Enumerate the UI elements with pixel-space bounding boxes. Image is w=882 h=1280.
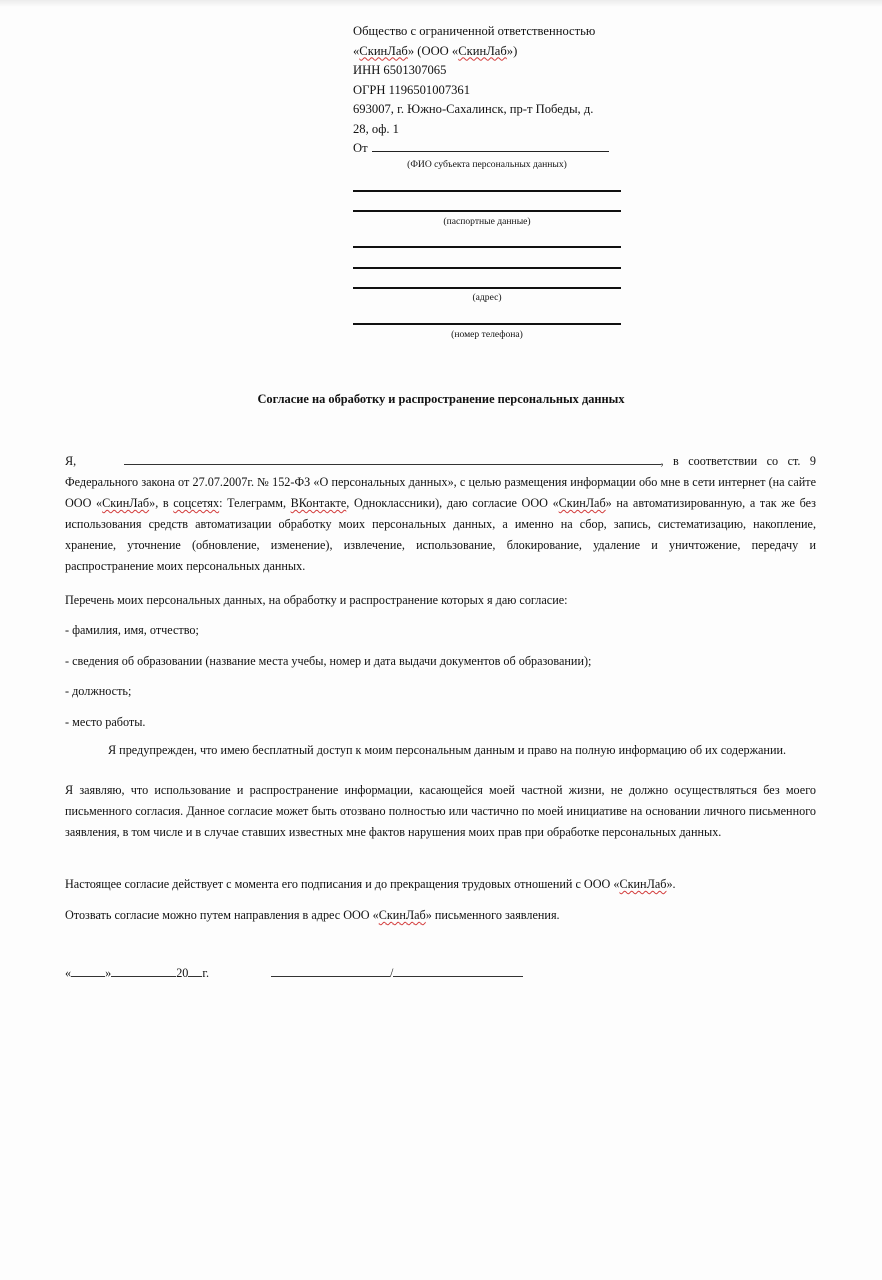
from-row: От (353, 139, 623, 159)
address-line-2[interactable] (353, 267, 621, 269)
header-line-company: «СкинЛаб» (ООО «СкинЛаб») (353, 42, 623, 62)
caption-fio: (ФИО субъекта персональных данных) (353, 159, 621, 170)
company-name: СкинЛаб (458, 44, 507, 58)
revoke-paragraph: Отозвать согласие можно путем направлени… (65, 905, 816, 925)
consent-text-3: : Телеграмм, (219, 496, 291, 510)
addressee-block: Общество с ограниченной ответственностью… (353, 22, 623, 159)
declaration-paragraph: Я заявляю, что использование и распростр… (65, 780, 816, 843)
signature-name-blank[interactable] (393, 966, 523, 977)
header-line-ogrn: ОГРН 1196501007361 (353, 81, 623, 101)
header-line-org: Общество с ограниченной ответственностью (353, 22, 623, 42)
company-name: СкинЛаб (379, 908, 426, 922)
header-line-address: 693007, г. Южно-Сахалинск, пр-т Победы, … (353, 100, 623, 120)
fio-blank-line[interactable] (372, 140, 609, 152)
signature-row: « » 20 г. / (65, 966, 523, 981)
revoke-text: Отозвать согласие можно путем направлени… (65, 908, 379, 922)
vk-word: ВКонтакте (291, 496, 347, 510)
year-suffix: г. (202, 966, 209, 981)
month-blank[interactable] (111, 966, 176, 977)
year-prefix: 20 (176, 966, 188, 981)
address-line-3[interactable] (353, 287, 621, 289)
company-name: СкинЛаб (619, 877, 666, 891)
socials-word: соцсетях (173, 496, 219, 510)
address-line-1[interactable] (353, 246, 621, 248)
consent-text-4: , Одноклассники), даю согласие ООО « (346, 496, 558, 510)
list-item: - сведения об образовании (название мест… (65, 651, 816, 671)
document-title: Согласие на обработку и распространение … (0, 392, 882, 407)
consent-text-2: », в (149, 496, 173, 510)
validity-end: ». (666, 877, 675, 891)
list-heading: Перечень моих персональных данных, на об… (65, 590, 816, 610)
list-item: - должность; (65, 681, 816, 701)
day-blank[interactable] (71, 966, 105, 977)
company-name: СкинЛаб (559, 496, 606, 510)
company-close: ») (507, 44, 518, 58)
intro-i: Я, (65, 454, 76, 468)
caption-address: (адрес) (353, 292, 621, 303)
list-item: - фамилия, имя, отчество; (65, 620, 816, 640)
passport-line-1[interactable] (353, 190, 621, 192)
revoke-end: » письменного заявления. (426, 908, 560, 922)
header-line-inn: ИНН 6501307065 (353, 61, 623, 81)
from-label: От (353, 139, 368, 159)
header-line-office: 28, оф. 1 (353, 120, 623, 140)
access-paragraph: Я предупрежден, что имею бесплатный дост… (65, 740, 816, 760)
consent-paragraph: Я, , в соответствии со ст. 9 Федеральног… (65, 451, 816, 577)
company-mid: » (ООО « (408, 44, 458, 58)
list-item: - место работы. (65, 712, 816, 732)
name-blank-line[interactable] (124, 454, 661, 465)
validity-text: Настоящее согласие действует с момента е… (65, 877, 619, 891)
validity-paragraph: Настоящее согласие действует с момента е… (65, 874, 816, 894)
document-page: Общество с ограниченной ответственностью… (0, 0, 882, 1280)
caption-phone: (номер телефона) (353, 329, 621, 340)
passport-line-2[interactable] (353, 210, 621, 212)
company-name: СкинЛаб (359, 44, 408, 58)
year-blank[interactable] (188, 966, 202, 977)
signature-blank[interactable] (271, 966, 390, 977)
phone-line[interactable] (353, 323, 621, 325)
caption-passport: (паспортные данные) (353, 216, 621, 227)
company-name: СкинЛаб (102, 496, 149, 510)
